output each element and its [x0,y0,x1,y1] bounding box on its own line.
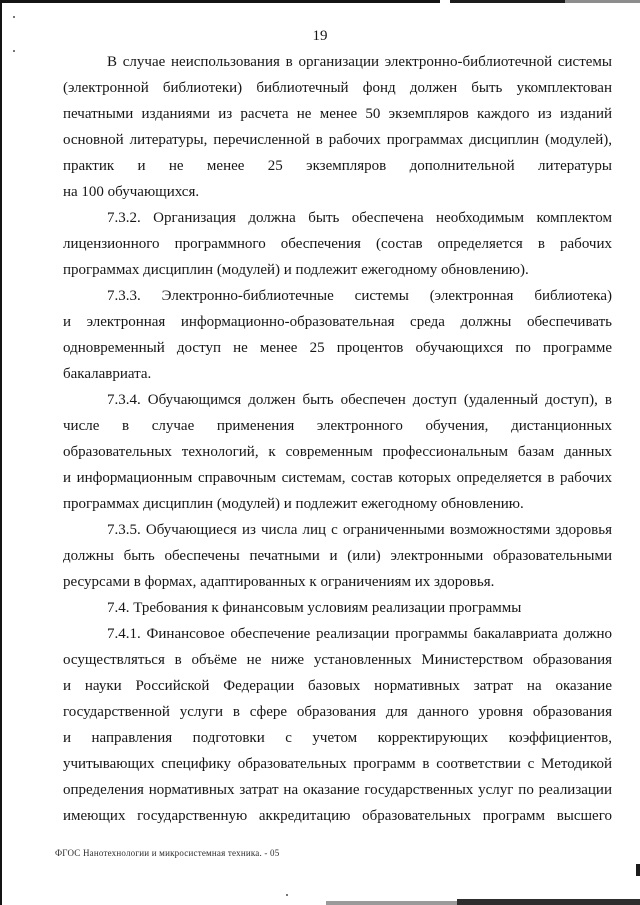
text-line: одновременный доступ не менее 25 процент… [63,335,612,361]
text-line: на 100 обучающихся. [63,179,612,205]
scan-border-top-gray [565,0,640,3]
scan-speck [13,50,15,52]
text-line: учитывающих специфику образовательных пр… [63,751,612,777]
page-number: 19 [0,27,640,45]
text-line: 7.3.2. Организация должна быть обеспечен… [63,205,612,231]
text-line: лицензионного программного обеспечения (… [63,231,612,257]
text-line: и электронная информационно-образователь… [63,309,612,335]
text-line: программах дисциплин (модулей) и подлежи… [63,257,612,283]
text-line: (электронной библиотеки) библиотечный фо… [63,75,612,101]
scan-border-left [0,0,2,905]
text-line: программах дисциплин (модулей) и подлежи… [63,491,612,517]
text-line: государственной услуги в сфере образован… [63,699,612,725]
scan-border-top [0,0,440,3]
text-line: 7.3.5. Обучающиеся из числа лиц с ограни… [63,517,612,543]
scan-bottom-bar-gray [326,901,457,905]
scan-edge-mark [636,864,640,876]
text-line: бакалавриата. [63,361,612,387]
scan-border-top-segment [450,0,565,3]
scan-speck [286,894,288,896]
text-line: и науки Российской Федерации базовых нор… [63,673,612,699]
document-body: В случае неиспользования в организации э… [63,49,612,829]
text-line: образовательных технологий, к современны… [63,439,612,465]
text-line: В случае неиспользования в организации э… [63,49,612,75]
text-line: 7.3.4. Обучающимся должен быть обеспечен… [63,387,612,413]
text-line: осуществляться в объёме не ниже установл… [63,647,612,673]
text-line: 7.4.1. Финансовое обеспечение реализации… [63,621,612,647]
scanned-document-page: 19 В случае неиспользования в организаци… [0,0,640,905]
text-line: основной литературы, перечисленной в раб… [63,127,612,153]
text-line: практик и не менее 25 экземпляров дополн… [63,153,612,179]
text-line: 7.3.3. Электронно-библиотечные системы (… [63,283,612,309]
text-line: числе в случае применения электронного о… [63,413,612,439]
text-line: и направления подготовки с учетом коррек… [63,725,612,751]
text-line: 7.4. Требования к финансовым условиям ре… [63,595,612,621]
text-line: печатными изданиями из расчета не менее … [63,101,612,127]
text-line: ресурсами в формах, адаптированных к огр… [63,569,612,595]
footer-note: ФГОС Нанотехнологии и микросистемная тех… [55,847,279,859]
scan-speck [13,16,15,18]
text-line: имеющих государственную аккредитацию обр… [63,803,612,829]
scan-bottom-bar-dark [457,899,640,905]
text-line: и информационным справочным системам, со… [63,465,612,491]
text-line: определения нормативных затрат на оказан… [63,777,612,803]
text-line: должны быть обеспечены печатными и (или)… [63,543,612,569]
